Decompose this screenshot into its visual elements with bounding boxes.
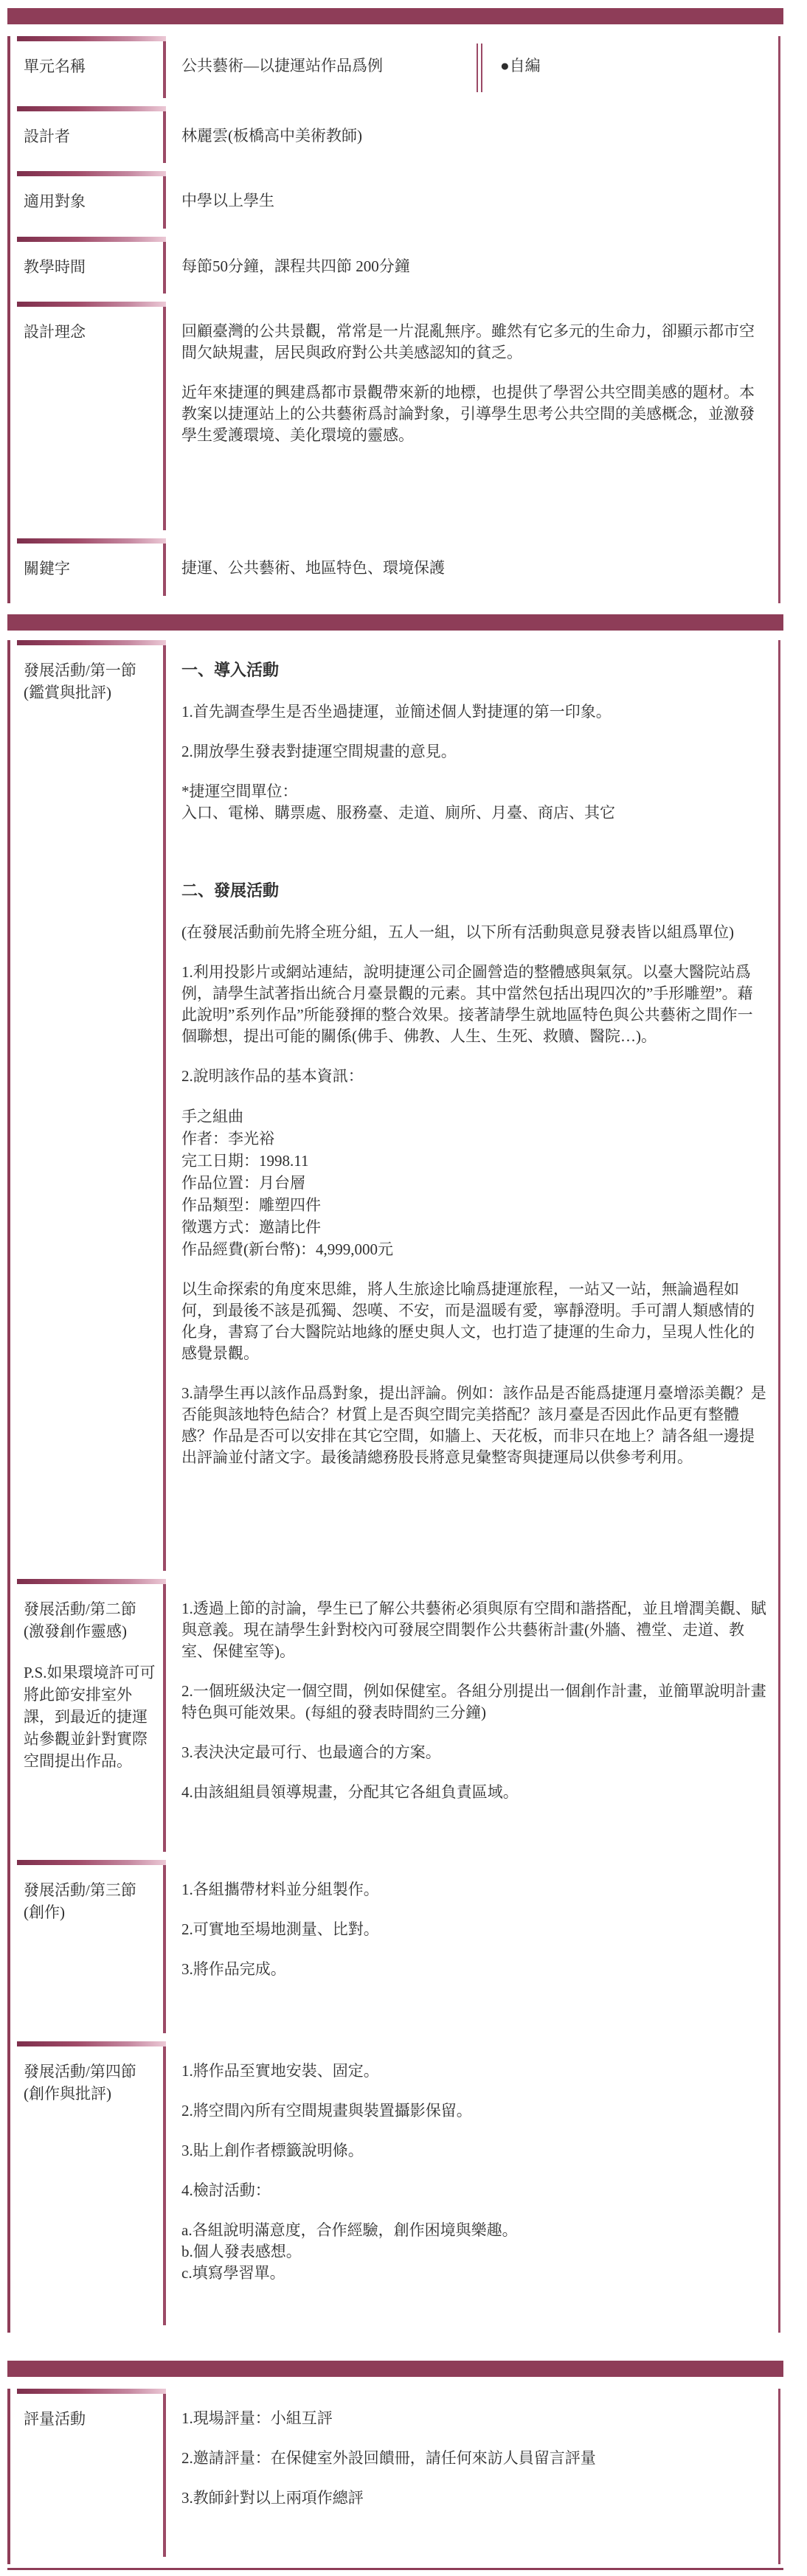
table-row: 設計者 林麗雲(板橋高中美術教師) (17, 106, 778, 163)
lesson-plan-page: 單元名稱 公共藝術—以捷運站作品爲例 ●自編 設計者 林麗雲(板橋高中美術教師)… (0, 0, 807, 2570)
activity-item: 1.各組攜帶材料並分組製作。 (181, 1879, 768, 1900)
sub-item: b.個人發表感想。 (181, 2241, 768, 2263)
activity-item: 1.透過上節的討論，學生已了解公共藝術必須與原有空間和諧搭配，並且增潤美觀、賦與… (181, 1598, 768, 1662)
row-value-cell: 每節50分鐘，課程共四節 200分鐘 (166, 237, 778, 294)
activity-item: 4.由該組組員領導規畫，分配其它各組負責區域。 (181, 1782, 768, 1803)
row-label: 設計者 (24, 125, 159, 147)
audience-value: 中學以上學生 (181, 192, 274, 209)
evaluation-item: 2.邀請評量：在保健室外設回饋冊，請任何來訪人員留言評量 (181, 2448, 768, 2469)
artwork-info-block: 手之組曲 作者：李光裕 完工日期：1998.11 作品位置：月台層 作品類型：雕… (181, 1105, 768, 1260)
duration-value: 每節50分鐘，課程共四節 200分鐘 (181, 257, 410, 275)
table-row: 設計理念 回顧臺灣的公共景觀，常常是一片混亂無序。雖然有它多元的生命力，卻顯示都… (17, 302, 778, 530)
design-concept-paragraph: 回顧臺灣的公共景觀，常常是一片混亂無序。雖然有它多元的生命力，卻顯示都市空間欠缺… (181, 321, 768, 364)
table-row: 教學時間 每節50分鐘，課程共四節 200分鐘 (17, 237, 778, 294)
unit-info-table: 單元名稱 公共藝術—以捷運站作品爲例 ●自編 設計者 林麗雲(板橋高中美術教師)… (7, 36, 780, 603)
note-line: *捷運空間單位： (181, 781, 768, 802)
row-content-cell: 1.各組攜帶材料並分組製作。 2.可實地至場地測量、比對。 3.將作品完成。 (166, 1860, 778, 2033)
row-label: 教學時間 (24, 256, 159, 278)
activity-item: 2.一個班級決定一個空間，例如保健室。各組分別提出一個創作計畫，並簡單說明計畫特… (181, 1681, 768, 1723)
row-label-cell: 設計理念 (17, 302, 166, 530)
activity-item: 2.開放學生發表對捷運空間規畫的意見。 (181, 741, 768, 763)
activity-note: (在發展活動前先將全班分組，五人一組，以下所有活動與意見發表皆以組爲單位) (181, 922, 768, 943)
middle-divider-bar (7, 614, 783, 631)
unit-title: 公共藝術—以捷運站作品爲例 (181, 55, 477, 91)
artwork-info-line: 作者：李光裕 (181, 1128, 768, 1150)
row-label-cell: 教學時間 (17, 237, 166, 294)
double-line-divider (477, 44, 482, 92)
table-row: 評量活動 1.現場評量：小組互評 2.邀請評量：在保健室外設回饋冊，請任何來訪人… (17, 2389, 778, 2557)
row-label-cell: 設計者 (17, 106, 166, 163)
design-concept-paragraph: 近年來捷運的興建爲都市景觀帶來新的地標，也提供了學習公共空間美感的題材。本教案以… (181, 382, 768, 446)
ps-note: P.S.如果環境許可可將此節安排室外課，到最近的捷運站參觀並針對實際空間提出作品… (24, 1662, 159, 1772)
artwork-description: 以生命探索的角度來思維，將人生旅途比喻爲捷運旅程，一站又一站，無論過程如何，到最… (181, 1279, 768, 1364)
activity-table: 發展活動/第一節 (鑑賞與批評) 一、導入活動 1.首先調查學生是否坐過捷運，並… (7, 640, 780, 2333)
row-value-cell: 林麗雲(板橋高中美術教師) (166, 106, 778, 163)
row-label-cell: 發展活動/第四節 (創作與批評) (17, 2041, 166, 2325)
activity-item: 1.將作品至實地安裝、固定。 (181, 2061, 768, 2082)
row-label-cell: 單元名稱 (17, 36, 166, 98)
section-heading: 一、導入活動 (181, 659, 768, 681)
activity-item: 4.檢討活動： (181, 2180, 768, 2201)
row-label-cell: 關鍵字 (17, 538, 166, 596)
bottom-rule (7, 2568, 783, 2570)
row-label: 單元名稱 (24, 55, 159, 77)
row-label-cell: 發展活動/第三節 (創作) (17, 1860, 166, 2033)
row-sublabel: (激發創作靈感) (24, 1620, 159, 1642)
artwork-info-line: 完工日期：1998.11 (181, 1150, 768, 1172)
row-label-cell: 發展活動/第二節 (激發創作靈感) P.S.如果環境許可可將此節安排室外課，到最… (17, 1579, 166, 1852)
row-label: 發展活動/第一節 (24, 659, 159, 681)
row-sublabel: (創作與批評) (24, 2083, 159, 2105)
top-divider-bar (7, 8, 783, 24)
activity-item: 1.利用投影片或網站連結，說明捷運公司企圖營造的整體感與氣氛。以臺大醫院站爲例，… (181, 962, 768, 1047)
evaluation-item: 3.教師針對以上兩項作總評 (181, 2488, 768, 2509)
table-row: 發展活動/第一節 (鑑賞與批評) 一、導入活動 1.首先調查學生是否坐過捷運，並… (17, 640, 778, 1571)
table-row: 發展活動/第四節 (創作與批評) 1.將作品至實地安裝、固定。 2.將空間內所有… (17, 2041, 778, 2325)
table-row: 適用對象 中學以上學生 (17, 171, 778, 229)
table-row: 發展活動/第二節 (激發創作靈感) P.S.如果環境許可可將此節安排室外課，到最… (17, 1579, 778, 1852)
table-row: 單元名稱 公共藝術—以捷運站作品爲例 ●自編 (17, 36, 778, 98)
sub-item: c.填寫學習單。 (181, 2263, 768, 2284)
lower-divider-bar (7, 2361, 783, 2377)
row-value-cell: 捷運、公共藝術、地區特色、環境保護 (166, 538, 778, 596)
table-row: 關鍵字 捷運、公共藝術、地區特色、環境保護 (17, 538, 778, 596)
note-line: 入口、電梯、購票處、服務臺、走道、廁所、月臺、商店、其它 (181, 802, 768, 824)
artwork-info-line: 作品類型：雕塑四件 (181, 1194, 768, 1216)
sub-item: a.各組說明滿意度，合作經驗，創作困境與樂趣。 (181, 2220, 768, 2241)
evaluation-item: 1.現場評量：小組互評 (181, 2408, 768, 2429)
evaluation-table: 評量活動 1.現場評量：小組互評 2.邀請評量：在保健室外設回饋冊，請任何來訪人… (7, 2389, 780, 2564)
section-heading: 二、發展活動 (181, 880, 768, 901)
row-content-cell: 1.將作品至實地安裝、固定。 2.將空間內所有空間規畫與裝置攝影保留。 3.貼上… (166, 2041, 778, 2325)
row-label-cell: 適用對象 (17, 171, 166, 229)
row-label: 評量活動 (24, 2408, 159, 2430)
artwork-info-line: 作品經費(新台幣)：4,999,000元 (181, 1238, 768, 1260)
row-value-cell: 公共藝術—以捷運站作品爲例 ●自編 (166, 36, 778, 98)
row-label: 關鍵字 (24, 558, 159, 580)
row-content-cell: 1.現場評量：小組互評 2.邀請評量：在保健室外設回饋冊，請任何來訪人員留言評量… (166, 2389, 778, 2557)
artwork-title: 手之組曲 (181, 1105, 768, 1128)
row-value-cell: 中學以上學生 (166, 171, 778, 229)
activity-item: 3.將作品完成。 (181, 1959, 768, 1980)
designer-value: 林麗雲(板橋高中美術教師) (181, 127, 362, 145)
row-content-cell: 一、導入活動 1.首先調查學生是否坐過捷運，並簡述個人對捷運的第一印象。 2.開… (166, 640, 778, 1571)
row-sublabel: (創作) (24, 1901, 159, 1923)
row-label: 發展活動/第三節 (24, 1879, 159, 1901)
activity-item: 1.首先調查學生是否坐過捷運，並簡述個人對捷運的第一印象。 (181, 701, 768, 723)
table-row: 發展活動/第三節 (創作) 1.各組攜帶材料並分組製作。 2.可實地至場地測量、… (17, 1860, 778, 2033)
row-label-cell: 評量活動 (17, 2389, 166, 2557)
row-label: 發展活動/第二節 (24, 1598, 159, 1620)
self-made-badge: ●自編 (500, 55, 541, 91)
row-label: 發展活動/第四節 (24, 2061, 159, 2083)
activity-item: 3.貼上創作者標籤說明條。 (181, 2140, 768, 2162)
activity-item: 2.可實地至場地測量、比對。 (181, 1919, 768, 1940)
row-sublabel: (鑑賞與批評) (24, 681, 159, 704)
activity-item: 3.表決決定最可行、也最適合的方案。 (181, 1742, 768, 1763)
keywords-value: 捷運、公共藝術、地區特色、環境保護 (181, 559, 445, 577)
activity-item: 3.請學生再以該作品爲對象，提出評論。例如：該作品是否能爲捷運月臺增添美觀？是否… (181, 1383, 768, 1468)
activity-item: 2.說明該作品的基本資訊： (181, 1066, 768, 1087)
artwork-info-line: 作品位置：月台層 (181, 1172, 768, 1194)
row-label: 設計理念 (24, 321, 159, 343)
artwork-info-line: 徵選方式：邀請比件 (181, 1216, 768, 1238)
row-label-cell: 發展活動/第一節 (鑑賞與批評) (17, 640, 166, 1571)
activity-item: 2.將空間內所有空間規畫與裝置攝影保留。 (181, 2100, 768, 2122)
row-value-cell: 回顧臺灣的公共景觀，常常是一片混亂無序。雖然有它多元的生命力，卻顯示都市空間欠缺… (166, 302, 778, 530)
row-label: 適用對象 (24, 190, 159, 212)
row-content-cell: 1.透過上節的討論，學生已了解公共藝術必須與原有空間和諧搭配，並且增潤美觀、賦與… (166, 1579, 778, 1852)
